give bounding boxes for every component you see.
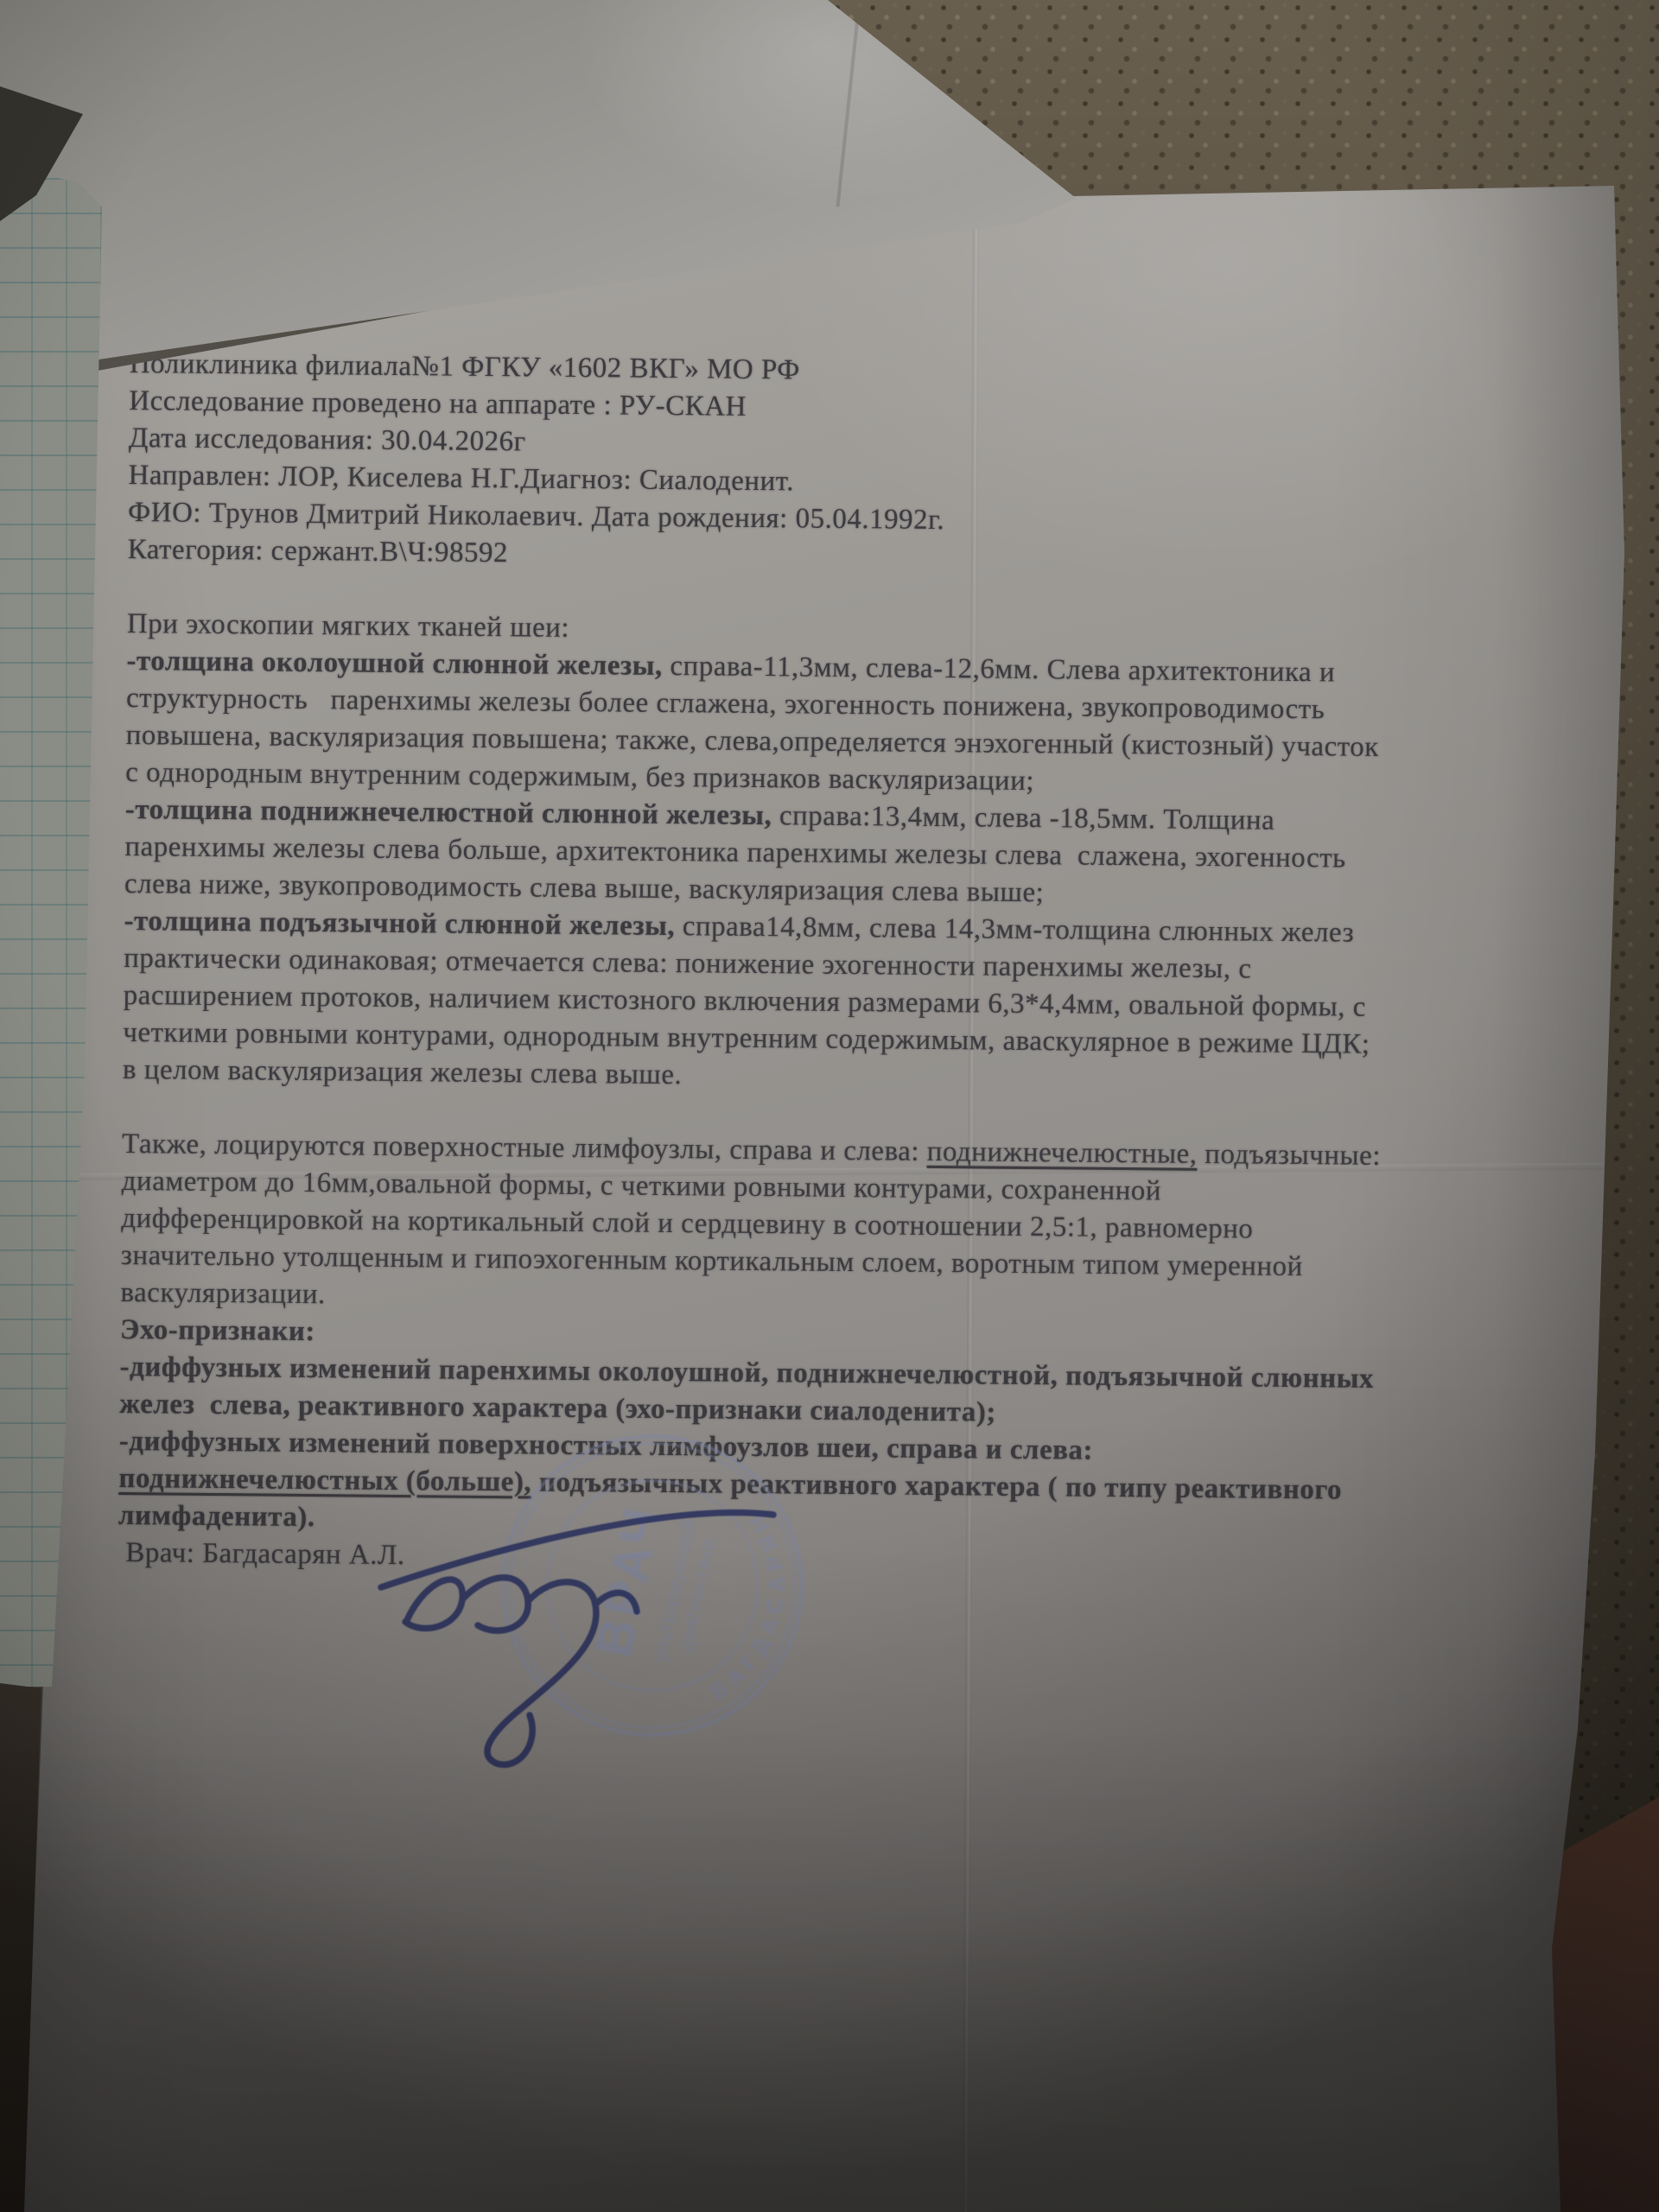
text-segment: желез слева, реактивного характера (эхо-…: [119, 1389, 996, 1428]
text-segment: подъязычные:: [1197, 1139, 1381, 1172]
text-segment: справа:13,4мм, слева -18,5мм. Толщина: [772, 800, 1274, 836]
text-segment: Дата исследования: 30.04.2026г: [129, 423, 526, 457]
text-segment: -толщина подъязычной слюнной железы,: [124, 906, 675, 942]
text-segment: с однородным внутренним содержимым, без …: [125, 757, 1034, 797]
text-segment: справа-11,3мм, слева-12,6мм. Слева архит…: [663, 651, 1336, 688]
text-segment: При эхоскопии мягких тканей шеи:: [127, 608, 569, 644]
text-segment: Исследование проведено на аппарате : РУ-…: [129, 385, 747, 423]
photo-scene: Поликлиника филиала№1 ФГКУ «1602 ВКГ» МО…: [0, 0, 1659, 2212]
text-segment: Эхо-признаки:: [120, 1314, 315, 1347]
document-text: Поликлиника филиала№1 ФГКУ «1602 ВКГ» МО…: [118, 346, 1616, 1586]
doctor-signature: [324, 1473, 825, 1802]
text-segment: Категория: сержант.В\Ч:98592: [128, 534, 509, 569]
text-segment: поднижнечелюстные,: [927, 1136, 1198, 1170]
text-segment: васкуляризации.: [120, 1277, 326, 1310]
signature-top-stroke: [381, 1513, 773, 1587]
text-segment: справа14,8мм, слева 14,3мм-толщина слюнн…: [675, 911, 1354, 949]
text-segment: Поликлиника филиала№1 ФГКУ «1602 ВКГ» МО…: [130, 348, 800, 385]
text-segment: Направлен: ЛОР, Киселева Н.Г.Диагноз: Си…: [128, 460, 794, 497]
signature-letter-2: [462, 1578, 528, 1630]
signature-letter-1: [405, 1580, 462, 1628]
text-segment: в целом васкуляризация железы слева выше…: [123, 1054, 683, 1090]
text-segment: диаметром до 16мм,овальной формы, с четк…: [122, 1166, 1162, 1207]
text-segment: слева ниже, звукопроводимость слева выше…: [124, 868, 1045, 908]
text-segment: -толщина поднижнечелюстной слюнной желез…: [125, 794, 772, 831]
text-segment: -толщина околоушной слюнной железы,: [126, 645, 663, 682]
signature-descender-loop: [487, 1582, 596, 1764]
text-segment: Также, лоцируются поверхностные лимфоузл…: [122, 1128, 927, 1167]
text-segment: лимфаденита).: [118, 1500, 315, 1533]
signature-tail: [595, 1592, 637, 1611]
text-segment: ФИО: Трунов Дмитрий Николаевич. Дата рож…: [128, 497, 944, 536]
